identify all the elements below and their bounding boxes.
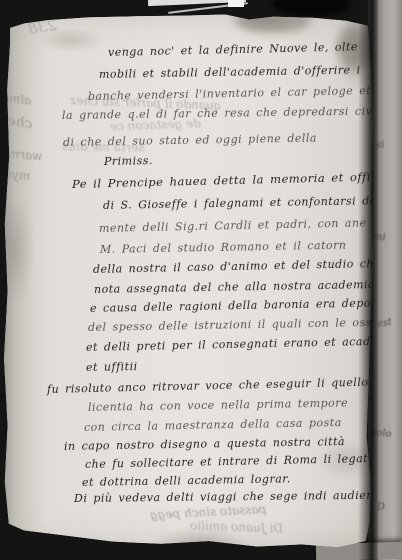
background-white-sliver — [228, 0, 244, 7]
handwritten-line: banche vendersi l'inventario el car pelo… — [88, 84, 371, 103]
handwritten-line: Di più vedeva delti viaggi che sege indi… — [74, 489, 387, 505]
adjacent-page-ink-mark: est — [376, 317, 393, 330]
margin-bleedthrough-mark: chez — [0, 111, 34, 132]
handwritten-line: del spesso delle istruzioni il quali con… — [88, 316, 399, 334]
bleedthrough-line: Di Juano amilio — [190, 518, 283, 535]
handwritten-line: mobili et stabili dell'academia d'offeri… — [99, 63, 361, 81]
handwritten-line: et uffitii — [86, 360, 138, 374]
margin-bleedthrough-mark: alme — [1, 90, 32, 107]
handwritten-line: M. Paci del studio Romano et il catorn — [100, 239, 347, 256]
margin-bleedthrough-mark: mys — [5, 166, 31, 183]
handwritten-line: venga noc' et la definire Nuove le, olte — [108, 40, 358, 59]
handwritten-line: e causa delle ragioni della baronia era … — [90, 296, 390, 315]
handwritten-line: et dottrina delli academia lograr. — [82, 472, 291, 489]
folio-number-bleedthrough: 238 — [27, 16, 58, 38]
handwritten-line: fu risoluto anco ritrovar voce che esegu… — [47, 375, 383, 396]
margin-bleedthrough-mark: warm — [7, 147, 43, 164]
handwritten-line: et delli preti per il consegnati erano e… — [86, 334, 400, 354]
handwritten-line: della nostra il caso d'animo et del stud… — [93, 257, 381, 276]
handwritten-line: che fu sollecitare et intrare di Roma li… — [85, 452, 372, 471]
page-leaf: 238 alme chez warm mys quando il parler … — [0, 0, 402, 560]
manuscript-scan: si mi est solo D 238 alme chez warm mys … — [0, 0, 402, 560]
handwritten-line: Pe il Prencipe hauea detta la memoria et… — [72, 169, 385, 191]
handwritten-line: Primiss. — [104, 154, 153, 168]
handwritten-line: licentia ha con voce nella prima tempore — [88, 396, 348, 414]
handwritten-line: in capo nostro disegno a questa nostra c… — [64, 435, 345, 453]
background-shadow-blob — [272, 0, 350, 16]
handwritten-line: nota assegnata del che alla nostra acade… — [94, 278, 375, 296]
handwritten-line: di che del suo stato ed oggi piene della — [63, 132, 317, 149]
handwritten-line: mente delli Sig.ri Cardli et padri, con … — [99, 216, 367, 235]
gutter-shadow — [358, 0, 378, 560]
handwritten-line: con circa la maestranza della casa posta — [84, 416, 342, 434]
